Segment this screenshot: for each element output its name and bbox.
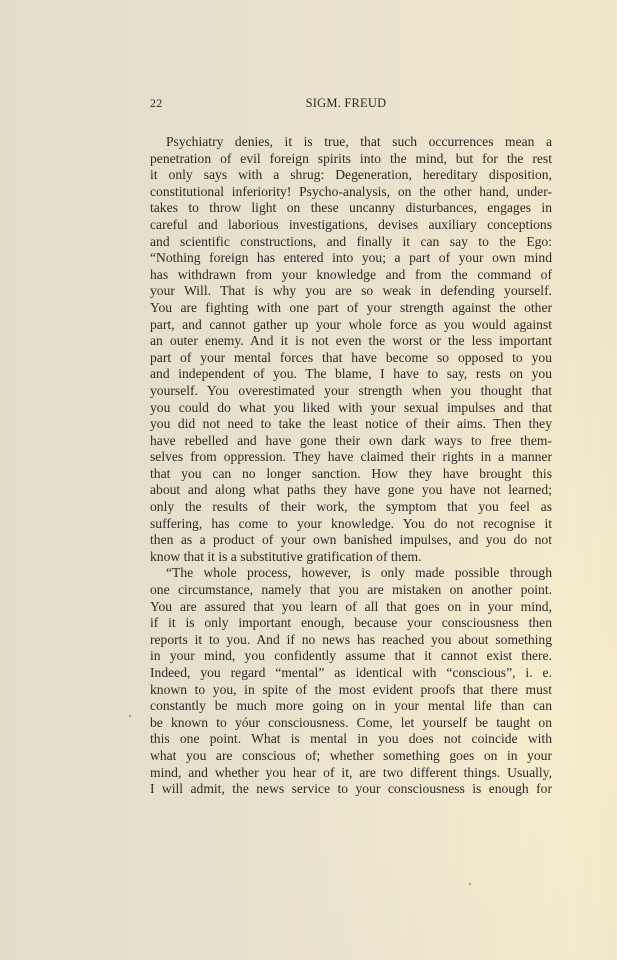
- text-line: part of your mental forces that have bec…: [150, 350, 552, 367]
- text-line: you did not need to take the least notic…: [150, 416, 552, 433]
- text-line: about and along what paths they have gon…: [150, 482, 552, 499]
- text-line: if it is only important enough, because …: [150, 615, 552, 632]
- text-line: Indeed, you regard “mental” as identical…: [150, 665, 552, 682]
- text-line: “The whole process, however, is only mad…: [150, 565, 552, 582]
- text-line: Psychiatry denies, it is true, that such…: [150, 134, 552, 151]
- text-line: constantly be much more going on in your…: [150, 698, 552, 715]
- text-line: and scientific constructions, and finall…: [150, 234, 552, 251]
- text-line: mind, and whether you hear of it, are tw…: [150, 765, 552, 782]
- text-line: and independent of you. The blame, I hav…: [150, 366, 552, 383]
- text-line: has withdrawn from your knowledge and fr…: [150, 267, 552, 284]
- text-line: You are assured that you learn of all th…: [150, 599, 552, 616]
- text-line: it only says with a shrug: Degeneration,…: [150, 167, 552, 184]
- text-line: have rebelled and have gone their own da…: [150, 433, 552, 450]
- text-line: takes to throw light on these uncanny di…: [150, 200, 552, 217]
- text-line: be known to yóur consciousness. Come, le…: [150, 715, 552, 732]
- text-line: reports it to you. And if no news has re…: [150, 632, 552, 649]
- paragraph-2: “The whole process, however, is only mad…: [150, 565, 552, 797]
- text-line: constitutional inferiority! Psycho-analy…: [150, 184, 552, 201]
- paper-speck: [129, 715, 131, 717]
- text-line: suffering, has come to your knowledge. Y…: [150, 516, 552, 533]
- text-line: careful and laborious investigations, de…: [150, 217, 552, 234]
- text-line: selves from oppression. They have claime…: [150, 449, 552, 466]
- text-line: yourself. You overestimated your strengt…: [150, 383, 552, 400]
- running-title: SIGM. FREUD: [150, 96, 552, 111]
- text-line: one circumstance, namely that you are mi…: [150, 582, 552, 599]
- text-line: an outer enemy. And it is not even the w…: [150, 333, 552, 350]
- body-text: Psychiatry denies, it is true, that such…: [150, 134, 552, 798]
- text-line: I will admit, the news service to your c…: [150, 781, 552, 798]
- text-line: You are fighting with one part of your s…: [150, 300, 552, 317]
- text-line: “Nothing foreign has entered into you; a…: [150, 250, 552, 267]
- text-line: know that it is a substitutive gratifica…: [150, 549, 552, 566]
- text-line: in your mind, you confidently assume tha…: [150, 648, 552, 665]
- text-line: your Will. That is why you are so weak i…: [150, 283, 552, 300]
- paragraph-1: Psychiatry denies, it is true, that such…: [150, 134, 552, 565]
- text-line: this one point. What is mental in you do…: [150, 731, 552, 748]
- running-head: 22 SIGM. FREUD: [150, 96, 552, 112]
- text-line: known to you, in spite of the most evide…: [150, 682, 552, 699]
- text-line: then as a product of your own banished i…: [150, 532, 552, 549]
- paper-speck: [469, 883, 471, 885]
- text-line: that you can no longer sanction. How the…: [150, 466, 552, 483]
- text-line: part, and cannot gather up your whole fo…: [150, 317, 552, 334]
- text-line: only the results of their work, the symp…: [150, 499, 552, 516]
- text-line: what you are conscious of; whether somet…: [150, 748, 552, 765]
- text-line: penetration of evil foreign spirits into…: [150, 151, 552, 168]
- text-line: you could do what you liked with your se…: [150, 400, 552, 417]
